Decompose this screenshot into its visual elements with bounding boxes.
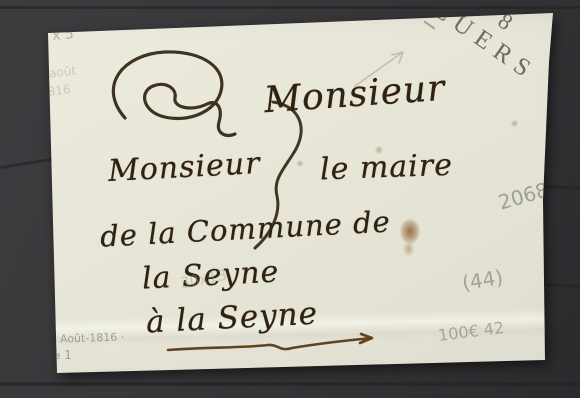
address-line4-la-seyne: la Seyne [141,254,280,296]
pencil-note-top-left-dims: 30 x 5 [29,26,74,46]
address-salutation: Monsieur [263,68,447,122]
pencil-note-price: 100€ 42 [437,318,505,345]
pencil-note-top-left-date-line2: 1816 [39,82,71,100]
postmark-78-cuers: 78 CUERS [354,0,580,171]
pencil-note-bottom-number: № 1 [48,348,72,362]
address-line2-le-maire: le maire [319,148,453,188]
foxing-spot [374,146,384,154]
letter-sheet-wrapper: 78 CUERS Monsieur Monsieur le maire de l… [0,0,580,398]
address-line3-commune: de la Commune de [99,204,391,253]
foxing-spot [510,120,519,127]
postmark-town-name: CUERS [398,0,571,108]
pencil-note-catalog-number: 2068 [496,177,552,214]
letter-sheet: 78 CUERS Monsieur Monsieur le maire de l… [0,0,580,398]
pencil-note-mid-left-dims: 30x13 [179,266,229,293]
underline-flourish [160,330,390,358]
pencil-note-bottom-date: · 11. Août-1816 · [32,330,125,346]
address-line5-a-la-seyne: à la Seyne [145,296,319,341]
wax-seal-stain [396,216,424,260]
fold-crease [50,309,552,348]
postmark-department-number: 78 [415,0,580,84]
postmark-dash-ornament [423,20,435,29]
ink-paraph-flourish [95,46,265,156]
photo-of-letter: 78 CUERS Monsieur Monsieur le maire de l… [0,0,580,398]
pencil-arrow-icon [345,42,415,94]
manuscript-tax-2-stroke [235,92,315,257]
pencil-note-top-left-date-line1: 11 août [29,64,76,83]
address-line2-monsieur: Monsieur [107,146,261,189]
foxing-spot [296,160,304,167]
pencil-note-reference: (44) [460,265,504,295]
